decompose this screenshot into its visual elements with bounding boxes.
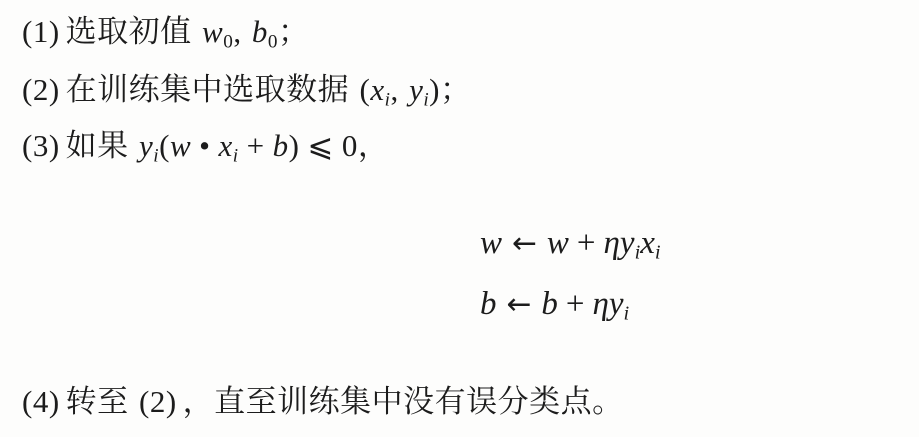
math-data-point: (xi, yi) xyxy=(360,72,440,108)
step-text-continued: ，直至训练集中没有误分类点。 xyxy=(183,384,624,420)
step-number: (4) xyxy=(22,384,60,419)
step-3: (3)如果 yi(w•xi+b)⩽0， xyxy=(22,126,389,176)
step-number: (3) xyxy=(22,128,60,163)
step-2: (2)在训练集中选取数据 (xi, yi)； xyxy=(22,70,472,120)
step-number: (2) xyxy=(22,72,60,107)
step-number: (1) xyxy=(22,14,60,49)
math-condition: yi(w•xi+b)⩽0 xyxy=(139,128,358,164)
left-arrow-icon: ← xyxy=(507,287,532,322)
step-text: 如果 xyxy=(66,128,129,164)
step-text: 选取初值 xyxy=(66,14,192,50)
document-page: (1)选取初值 w0, b0； (2)在训练集中选取数据 (xi, yi)； (… xyxy=(0,0,919,437)
step-4: (4)转至 (2)，直至训练集中没有误分类点。 xyxy=(22,382,624,422)
step-text: 在训练集中选取数据 xyxy=(66,72,350,108)
step-text: 转至 xyxy=(66,384,129,420)
left-arrow-icon: ← xyxy=(512,226,537,261)
update-rule-w: w←w+ηyixi xyxy=(480,222,661,273)
update-rule-b: b←b+ηyi xyxy=(480,283,629,334)
step-reference: (2) xyxy=(139,384,177,419)
step-1: (1)选取初值 w0, b0； xyxy=(22,12,310,62)
math-initial-values: w0, b0 xyxy=(202,14,278,50)
